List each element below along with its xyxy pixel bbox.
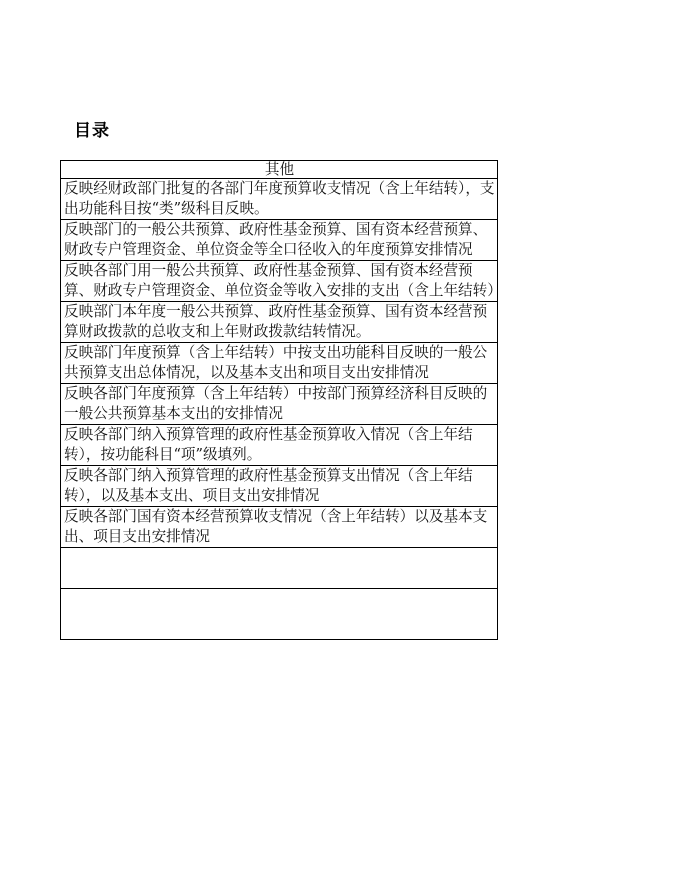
table-cell: 反映各部门纳入预算管理的政府性基金预算支出情况（含上年结转），以及基本支出、项目… (61, 466, 498, 507)
cell-text: 反映经财政部门批复的各部门年度预算收支情况（含上年结转），支出功能科目按“类”级… (64, 179, 495, 219)
cell-text: 反映部门本年度一般公共预算、政府性基金预算、国有资本经营预算财政拨款的总收支和上… (64, 302, 495, 342)
table-cell (61, 589, 498, 640)
table-row: 反映各部门纳入预算管理的政府性基金预算收入情况（含上年结转），按功能科目“项”级… (61, 425, 498, 466)
table-cell: 反映各部门纳入预算管理的政府性基金预算收入情况（含上年结转），按功能科目“项”级… (61, 425, 498, 466)
table-cell: 反映经财政部门批复的各部门年度预算收支情况（含上年结转），支出功能科目按“类”级… (61, 179, 498, 220)
cell-text: 反映各部门年度预算（含上年结转）中按部门预算经济科目反映的一般公共预算基本支出的… (64, 384, 495, 424)
toc-table: 其他 反映经财政部门批复的各部门年度预算收支情况（含上年结转），支出功能科目按“… (60, 160, 498, 640)
table-row: 反映各部门用一般公共预算、政府性基金预算、国有资本经营预算、财政专户管理资金、单… (61, 261, 498, 302)
table-row-empty (61, 548, 498, 589)
page-title: 目录 (74, 116, 110, 141)
table-row: 反映部门年度预算（含上年结转）中按支出功能科目反映的一般公共预算支出总体情况，以… (61, 343, 498, 384)
cell-text: 反映各部门国有资本经营预算收支情况（含上年结转）以及基本支出、项目支出安排情况 (64, 507, 495, 547)
cell-text (64, 548, 495, 588)
table-cell: 反映部门的一般公共预算、政府性基金预算、国有资本经营预算、财政专户管理资金、单位… (61, 220, 498, 261)
table-cell: 反映各部门年度预算（含上年结转）中按部门预算经济科目反映的一般公共预算基本支出的… (61, 384, 498, 425)
table-row: 反映各部门国有资本经营预算收支情况（含上年结转）以及基本支出、项目支出安排情况 (61, 507, 498, 548)
table-cell: 反映部门本年度一般公共预算、政府性基金预算、国有资本经营预算财政拨款的总收支和上… (61, 302, 498, 343)
table-row: 反映部门的一般公共预算、政府性基金预算、国有资本经营预算、财政专户管理资金、单位… (61, 220, 498, 261)
table-row: 反映各部门年度预算（含上年结转）中按部门预算经济科目反映的一般公共预算基本支出的… (61, 384, 498, 425)
table-row: 反映经财政部门批复的各部门年度预算收支情况（含上年结转），支出功能科目按“类”级… (61, 179, 498, 220)
table-cell: 反映部门年度预算（含上年结转）中按支出功能科目反映的一般公共预算支出总体情况，以… (61, 343, 498, 384)
table-row: 反映部门本年度一般公共预算、政府性基金预算、国有资本经营预算财政拨款的总收支和上… (61, 302, 498, 343)
table-header-row: 其他 (61, 161, 498, 179)
table-cell: 反映各部门国有资本经营预算收支情况（含上年结转）以及基本支出、项目支出安排情况 (61, 507, 498, 548)
cell-text: 反映各部门纳入预算管理的政府性基金预算收入情况（含上年结转），按功能科目“项”级… (64, 425, 495, 465)
cell-text: 反映各部门用一般公共预算、政府性基金预算、国有资本经营预算、财政专户管理资金、单… (64, 261, 495, 301)
table-cell: 反映各部门用一般公共预算、政府性基金预算、国有资本经营预算、财政专户管理资金、单… (61, 261, 498, 302)
cell-text: 反映部门年度预算（含上年结转）中按支出功能科目反映的一般公共预算支出总体情况，以… (64, 343, 495, 383)
column-header-other: 其他 (61, 161, 498, 179)
table-row: 反映各部门纳入预算管理的政府性基金预算支出情况（含上年结转），以及基本支出、项目… (61, 466, 498, 507)
table-cell (61, 548, 498, 589)
table-row-empty (61, 589, 498, 640)
cell-text: 反映部门的一般公共预算、政府性基金预算、国有资本经营预算、财政专户管理资金、单位… (64, 220, 495, 260)
cell-text: 反映各部门纳入预算管理的政府性基金预算支出情况（含上年结转），以及基本支出、项目… (64, 466, 495, 506)
